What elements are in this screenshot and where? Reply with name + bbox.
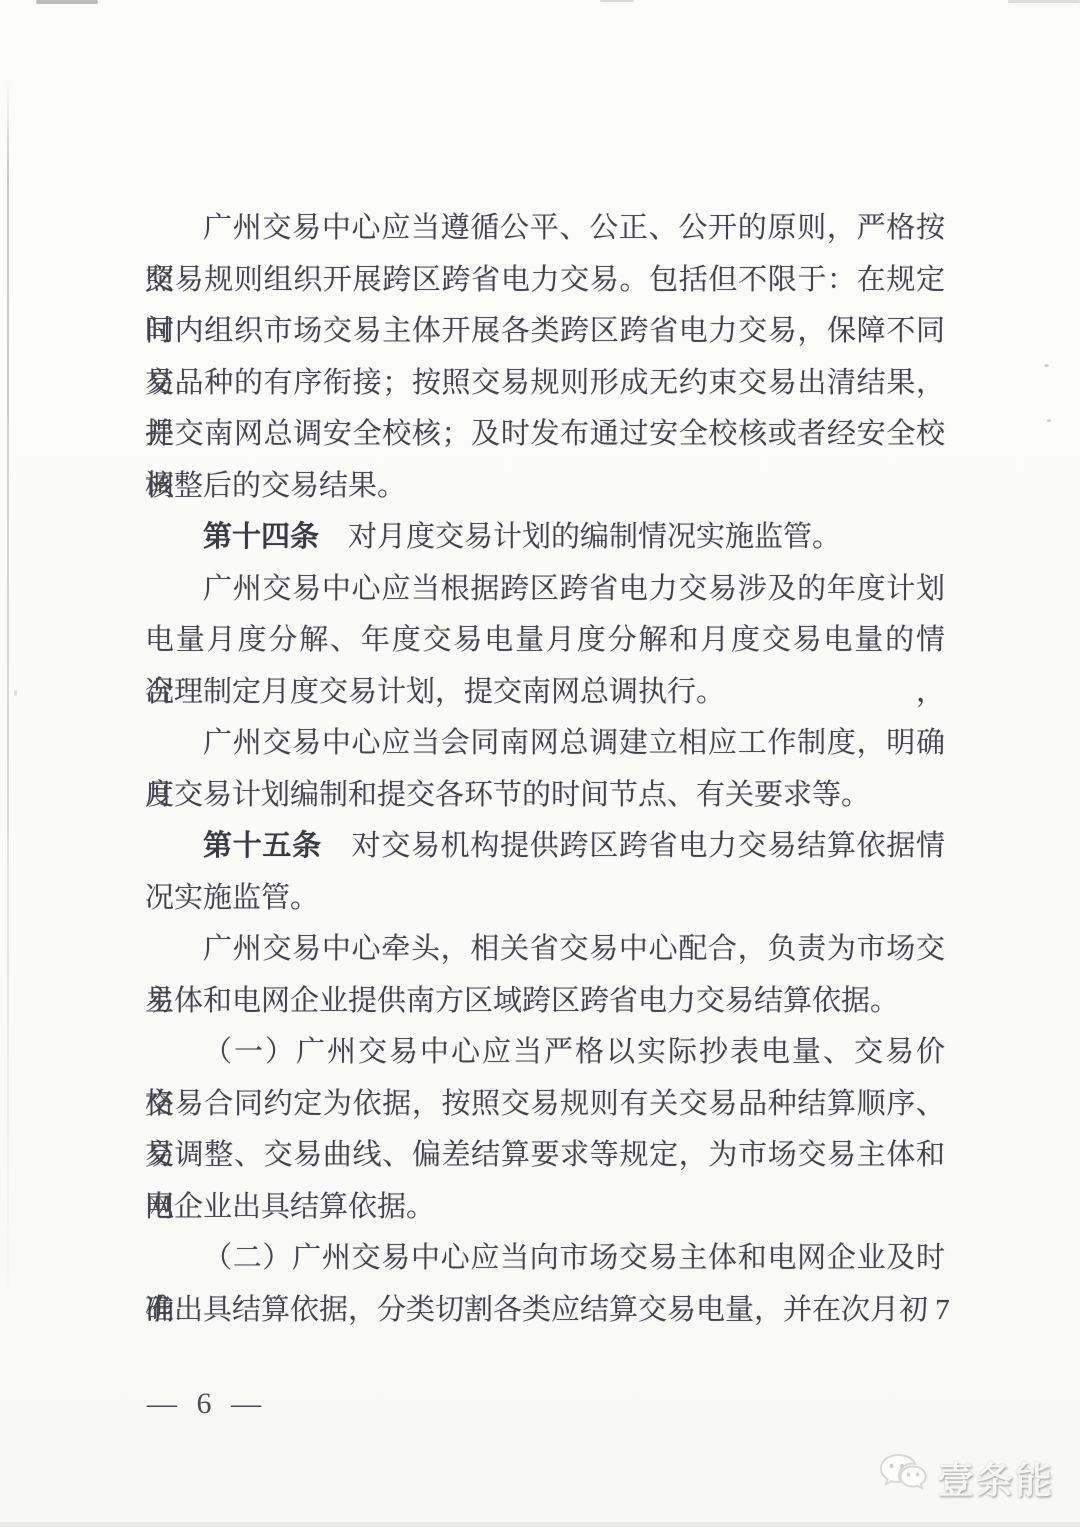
document-line: 间内组织市场交易主体开展各类跨区跨省电力交易，保障不同交 [145, 306, 945, 358]
line-text: 主体和电网企业提供南方区域跨区跨省电力交易结算依据。 [145, 985, 899, 1017]
document-line: 广州交易中心牵头，相关省交易中心配合，负责为市场交易 [145, 924, 945, 976]
line-text: 广州交易中心应当根据跨区跨省电力交易涉及的年度计划 [203, 573, 945, 605]
line-text: 网企业出具结算依据。 [145, 1191, 435, 1223]
paragraph: （一）广州交易中心应当严格以实际抄表电量、交易价格、交易合同约定为依据，按照交易… [145, 1027, 945, 1233]
paragraph: 广州交易中心应当会同南网总调建立相应工作制度，明确月度交易计划编制和提交各环节的… [145, 718, 945, 821]
document-line: （二）广州交易中心应当向市场交易主体和电网企业及时准 [145, 1233, 945, 1285]
document-line: 提交南网总调安全校核；及时发布通过安全校核或者经安全校核 [145, 409, 945, 461]
document-line: 交易规则组织开展跨区跨省电力交易。包括但不限于：在规定时 [145, 255, 945, 307]
document-line: 调整后的交易结果。 [145, 461, 945, 513]
paragraph: 广州交易中心应当根据跨区跨省电力交易涉及的年度计划电量月度分解、年度交易电量月度… [145, 564, 945, 719]
document-line: （一）广州交易中心应当严格以实际抄表电量、交易价格、 [145, 1027, 945, 1079]
scan-smudge [36, 0, 98, 4]
document-line: 易调整、交易曲线、偏差结算要求等规定，为市场交易主体和电 [145, 1130, 945, 1182]
wechat-icon [878, 1453, 930, 1502]
document-line: 第十五条 对交易机构提供跨区跨省电力交易结算依据情 [145, 821, 945, 873]
scan-edge-left [7, 80, 9, 1320]
document-line: 况实施监管。 [145, 873, 945, 925]
article-number: 第十五条 [203, 830, 322, 862]
document-line: 电量月度分解、年度交易电量月度分解和月度交易电量的情况， [145, 615, 945, 667]
scan-speck [1047, 419, 1051, 422]
document-line: 主体和电网企业提供南方区域跨区跨省电力交易结算依据。 [145, 976, 945, 1028]
scan-speck [1044, 364, 1049, 367]
line-text: 况实施监管。 [145, 882, 319, 914]
document-line: 广州交易中心应当遵循公平、公正、公开的原则，严格按照 [145, 203, 945, 255]
text-block: 广州交易中心应当遵循公平、公正、公开的原则，严格按照交易规则组织开展跨区跨省电力… [145, 203, 945, 1336]
scan-smudge [600, 0, 634, 2]
document-line: 广州交易中心应当会同南网总调建立相应工作制度，明确月 [145, 718, 945, 770]
page-number: — 6 — [147, 1387, 267, 1421]
scan-edge-bottom [0, 1522, 1080, 1527]
document-line: 确出具结算依据，分类切割各类应结算交易电量，并在次月初 7 [145, 1285, 945, 1337]
document-line: 度交易计划编制和提交各环节的时间节点、有关要求等。 [145, 770, 945, 822]
line-text: 调整后的交易结果。 [145, 470, 406, 502]
line-text: 对交易机构提供跨区跨省电力交易结算依据情 [322, 830, 945, 862]
line-text: 确出具结算依据，分类切割各类应结算交易电量，并在次月初 7 [145, 1294, 950, 1326]
paragraph: 第十四条 对月度交易计划的编制情况实施监管。 [145, 512, 945, 564]
article-number: 第十四条 [203, 521, 319, 553]
document-line: 交易合同约定为依据，按照交易规则有关交易品种结算顺序、交 [145, 1079, 945, 1131]
paragraph: 第十五条 对交易机构提供跨区跨省电力交易结算依据情况实施监管。 [145, 821, 945, 924]
line-text: 度交易计划编制和提交各环节的时间节点、有关要求等。 [145, 779, 870, 811]
brand-name: 壹条能 [937, 1450, 1054, 1504]
scan-smudge [1008, 0, 1080, 3]
document-line: 广州交易中心应当根据跨区跨省电力交易涉及的年度计划 [145, 564, 945, 616]
document-line: 第十四条 对月度交易计划的编制情况实施监管。 [145, 512, 945, 564]
paragraph: 广州交易中心牵头，相关省交易中心配合，负责为市场交易主体和电网企业提供南方区域跨… [145, 924, 945, 1027]
line-text: 合理制定月度交易计划，提交南网总调执行。 [145, 676, 725, 708]
document-line: 网企业出具结算依据。 [145, 1182, 945, 1234]
document-line: 易品种的有序衔接；按照交易规则形成无约束交易出清结果，并 [145, 358, 945, 410]
paragraph: 广州交易中心应当遵循公平、公正、公开的原则，严格按照交易规则组织开展跨区跨省电力… [145, 203, 945, 512]
document-page: 广州交易中心应当遵循公平、公正、公开的原则，严格按照交易规则组织开展跨区跨省电力… [0, 0, 1080, 1527]
scan-speck [14, 690, 17, 696]
paragraph: （二）广州交易中心应当向市场交易主体和电网企业及时准确出具结算依据，分类切割各类… [145, 1233, 945, 1336]
line-text: 对月度交易计划的编制情况实施监管。 [319, 521, 841, 553]
brand-watermark: 壹条能 [878, 1450, 1054, 1504]
